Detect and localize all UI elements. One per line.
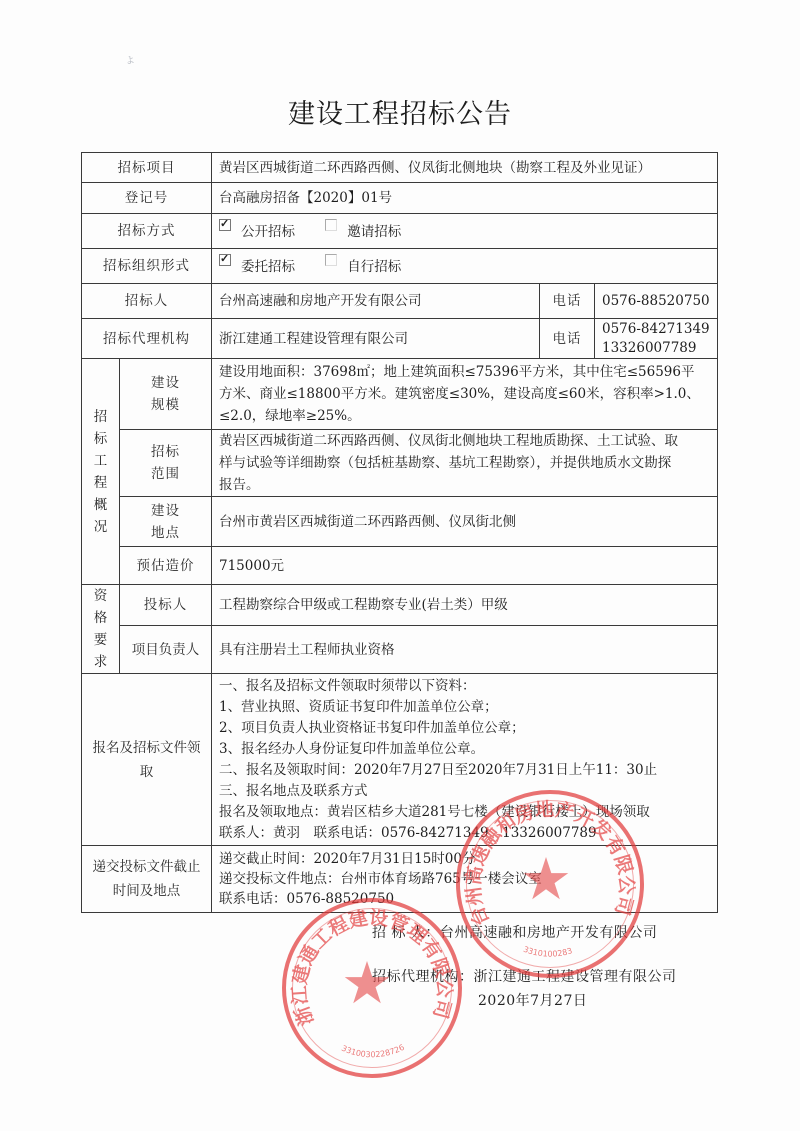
registration-label: 登记号 — [82, 183, 212, 214]
document-title: 建设工程招标公告 — [0, 92, 800, 131]
text-line: 二、报名及领取时间：2020年7月27日至2020年7月31日上午11：30止 — [219, 760, 710, 781]
label-line: 招标 — [89, 406, 112, 450]
signature-agency: 招标代理机构：浙江建通工程建设管理有限公司 — [372, 966, 677, 986]
text-line: 黄岩区西城街道二环西路西侧、仪凤街北侧地块工程地质勘探、土工试验、取 — [219, 430, 710, 452]
organization-form-options: 委托招标 自行招标 — [212, 249, 718, 284]
text-line: 递交投标文件地点：台州市体育场路765号一楼会议室 — [219, 869, 710, 889]
scan-corner-mark: ょ — [123, 49, 137, 68]
tenderer-phone-label: 电话 — [540, 284, 595, 319]
text-line: 建设用地面积：37698㎡；地上建筑面积≤75396平方米，其中住宅≤56596… — [219, 361, 710, 383]
scope-label: 招标 范围 — [120, 430, 212, 497]
row-estimated-cost: 预估造价 715000元 — [82, 547, 718, 585]
label-line: 概况 — [89, 494, 112, 538]
project-lead-value: 具有注册岩土工程师执业资格 — [212, 626, 718, 674]
agency-phones: 0576-84271349 13326007789 — [595, 319, 718, 359]
bidder-label: 投标人 — [120, 585, 212, 626]
agency-phone-2: 13326007789 — [602, 339, 710, 358]
tenderer-value: 台州高速融和房地产开发有限公司 — [212, 284, 540, 319]
organization-form-label: 招标组织形式 — [82, 249, 212, 284]
text-line: 1、营业执照、资质证书复印件加盖单位公章； — [219, 697, 710, 718]
location-value: 台州市黄岩区西城街道二环西路西侧、仪凤街北侧 — [212, 497, 718, 547]
text-line: 联系电话：0576-88520750 — [219, 889, 710, 909]
row-submission: 递交投标文件截止 时间及地点 递交截止时间：2020年7月31日15时00分 递… — [82, 846, 718, 913]
estimated-cost-label: 预估造价 — [120, 547, 212, 585]
scope-value: 黄岩区西城街道二环西路西侧、仪凤街北侧地块工程地质勘探、土工试验、取 样与试验等… — [212, 430, 718, 497]
label-line: 要 — [89, 629, 112, 651]
svg-text:3310030228726: 3310030228726 — [340, 1043, 406, 1059]
label-line: 递交投标文件截止 — [89, 855, 204, 879]
label-line: 招标 — [127, 441, 204, 463]
overview-group-label: 招标 工程 概况 — [82, 359, 120, 585]
option-invited-tender: 邀请招标 — [325, 224, 401, 240]
option-open-tender: 公开招标 — [219, 224, 299, 240]
signature-tenderer: 招 标 人：台州高速融和房地产开发有限公司 — [372, 922, 657, 942]
label-line: 工程 — [89, 450, 112, 494]
row-project-lead: 项目负责人 具有注册岩土工程师执业资格 — [82, 626, 718, 674]
label-line: 建设 — [127, 372, 204, 394]
text-line: 3、报名经办人身份证复印件加盖单位公章。 — [219, 739, 710, 760]
label-line: 取 — [89, 760, 204, 784]
label-line: 资 — [89, 585, 112, 607]
checkbox-checked-icon — [219, 219, 231, 231]
submission-value: 递交截止时间：2020年7月31日15时00分 递交投标文件地点：台州市体育场路… — [212, 846, 718, 913]
agency-value: 浙江建通工程建设管理有限公司 — [212, 319, 540, 359]
text-line: 报名及领取地点：黄岩区桔乡大道281号七楼（建设银行楼上）现场领取 — [219, 802, 710, 823]
submission-label: 递交投标文件截止 时间及地点 — [82, 846, 212, 913]
row-project: 招标项目 黄岩区西城街道二环西路西侧、仪凤街北侧地块（勘察工程及外业见证） — [82, 153, 718, 183]
project-value: 黄岩区西城街道二环西路西侧、仪凤街北侧地块（勘察工程及外业见证） — [212, 153, 718, 183]
agency-phone-1: 0576-84271349 — [602, 320, 710, 339]
row-registration-pickup: 报名及招标文件领 取 一、报名及招标文件领取时须带以下资料： 1、营业执照、资质… — [82, 674, 718, 846]
row-tenderer: 招标人 台州高速融和房地产开发有限公司 电话 0576-88520750 — [82, 284, 718, 319]
row-bidder: 资 格 要 求 投标人 工程勘察综合甲级或工程勘察专业(岩土类）甲级 — [82, 585, 718, 626]
tender-notice-table: 招标项目 黄岩区西城街道二环西路西侧、仪凤街北侧地块（勘察工程及外业见证） 登记… — [81, 152, 718, 913]
label-line: 时间及地点 — [89, 879, 204, 903]
registration-pickup-value: 一、报名及招标文件领取时须带以下资料： 1、营业执照、资质证书复印件加盖单位公章… — [212, 674, 718, 846]
option-self-tender: 自行招标 — [325, 259, 401, 275]
option-entrusted-tender: 委托招标 — [219, 259, 299, 275]
checkbox-unchecked-icon — [325, 219, 337, 231]
seal-code: 3310030228726 — [340, 1043, 406, 1059]
project-lead-label: 项目负责人 — [120, 626, 212, 674]
scale-label: 建设 规模 — [120, 359, 212, 430]
qualification-group-label: 资 格 要 求 — [82, 585, 120, 674]
label-line: 建设 — [127, 500, 204, 522]
seal-code: 3310100283 — [522, 945, 573, 959]
location-label: 建设 地点 — [120, 497, 212, 547]
agency-phone-label: 电话 — [540, 319, 595, 359]
label-line: 地点 — [127, 522, 204, 544]
row-organization-form: 招标组织形式 委托招标 自行招标 — [82, 249, 718, 284]
estimated-cost-value: 715000元 — [212, 547, 718, 585]
row-agency: 招标代理机构 浙江建通工程建设管理有限公司 电话 0576-84271349 1… — [82, 319, 718, 359]
checkbox-unchecked-icon — [325, 254, 337, 266]
project-label: 招标项目 — [82, 153, 212, 183]
registration-pickup-label: 报名及招标文件领 取 — [82, 674, 212, 846]
option-label: 委托招标 — [241, 259, 295, 275]
text-line: 报告。 — [219, 474, 710, 496]
option-label: 邀请招标 — [347, 224, 401, 240]
row-location: 建设 地点 台州市黄岩区西城街道二环西路西侧、仪凤街北侧 — [82, 497, 718, 547]
text-line: 样与试验等详细勘察（包括桩基勘察、基坑工程勘察），并提供地质水文勘探 — [219, 452, 710, 474]
tender-method-label: 招标方式 — [82, 214, 212, 249]
tender-method-options: 公开招标 邀请招标 — [212, 214, 718, 249]
text-line: 2、项目负责人执业资格证书复印件加盖单位公章； — [219, 718, 710, 739]
svg-text:3310100283: 3310100283 — [522, 945, 573, 959]
label-line: 格 — [89, 607, 112, 629]
label-line: 报名及招标文件领 — [89, 736, 204, 760]
label-line: 规模 — [127, 394, 204, 416]
registration-value: 台高融房招备【2020】01号 — [212, 183, 718, 214]
label-line: 范围 — [127, 463, 204, 485]
row-tender-method: 招标方式 公开招标 邀请招标 — [82, 214, 718, 249]
row-scope: 招标 范围 黄岩区西城街道二环西路西侧、仪凤街北侧地块工程地质勘探、土工试验、取… — [82, 430, 718, 497]
tenderer-phone: 0576-88520750 — [595, 284, 718, 319]
option-label: 公开招标 — [241, 224, 295, 240]
text-line: 三、报名地点及联系方式 — [219, 781, 710, 802]
row-scale: 招标 工程 概况 建设 规模 建设用地面积：37698㎡；地上建筑面积≤7539… — [82, 359, 718, 430]
text-line: 递交截止时间：2020年7月31日15时00分 — [219, 849, 710, 869]
row-registration: 登记号 台高融房招备【2020】01号 — [82, 183, 718, 214]
agency-label: 招标代理机构 — [82, 319, 212, 359]
option-label: 自行招标 — [347, 259, 401, 275]
checkbox-checked-icon — [219, 254, 231, 266]
tenderer-label: 招标人 — [82, 284, 212, 319]
signature-date: 2020年7月27日 — [478, 990, 587, 1010]
text-line: ≤2.0，绿地率≥25%。 — [219, 405, 710, 427]
scale-value: 建设用地面积：37698㎡；地上建筑面积≤75396平方米，其中住宅≤56596… — [212, 359, 718, 430]
text-line: 方米、商业≤18800平方米。建筑密度≤30%，建设高度≤60米，容积率>1.0… — [219, 383, 710, 405]
bidder-value: 工程勘察综合甲级或工程勘察专业(岩土类）甲级 — [212, 585, 718, 626]
text-line: 联系人：黄羽 联系电话：0576-84271349 13326007789 — [219, 823, 710, 844]
text-line: 一、报名及招标文件领取时须带以下资料： — [219, 676, 710, 697]
label-line: 求 — [89, 651, 112, 673]
